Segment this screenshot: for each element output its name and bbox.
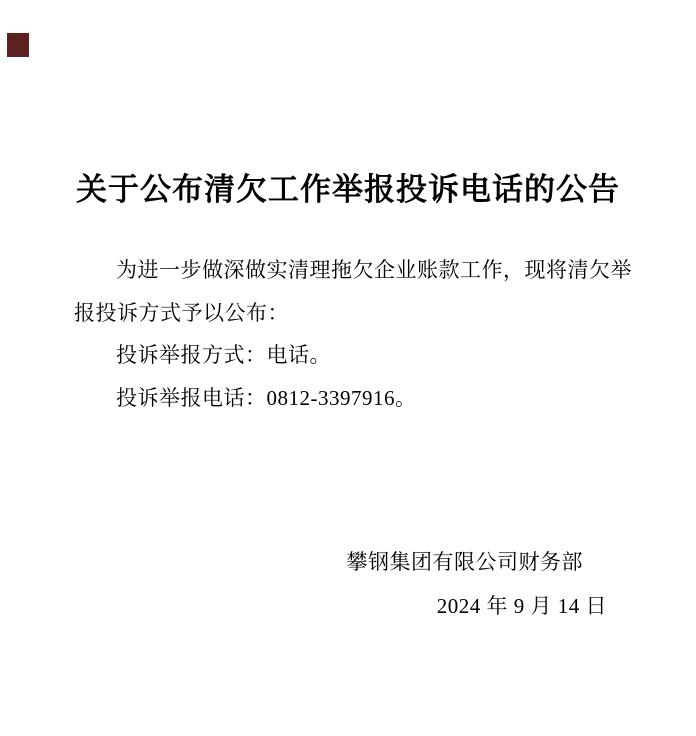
body-line: 报投诉方式予以公布： xyxy=(74,292,634,335)
body-line-report-phone: 投诉举报电话：0812-3397916。 xyxy=(74,377,634,420)
signature-block: 攀钢集团有限公司财务部 2024 年 9 月 14 日 xyxy=(0,541,696,627)
document-title: 关于公布清欠工作举报投诉电话的公告 xyxy=(0,0,696,208)
signature: 攀钢集团有限公司财务部 xyxy=(0,541,696,584)
body-line: 为进一步做深做实清理拖欠企业账款工作，现将清欠举 xyxy=(74,249,634,292)
announcement-document: 关于公布清欠工作举报投诉电话的公告 为进一步做深做实清理拖欠企业账款工作，现将清… xyxy=(0,0,696,736)
dark-red-corner-mark xyxy=(7,33,29,57)
body-line-report-method: 投诉举报方式：电话。 xyxy=(74,334,634,377)
document-body: 为进一步做深做实清理拖欠企业账款工作，现将清欠举 报投诉方式予以公布： 投诉举报… xyxy=(0,249,696,419)
document-date: 2024 年 9 月 14 日 xyxy=(0,585,696,628)
